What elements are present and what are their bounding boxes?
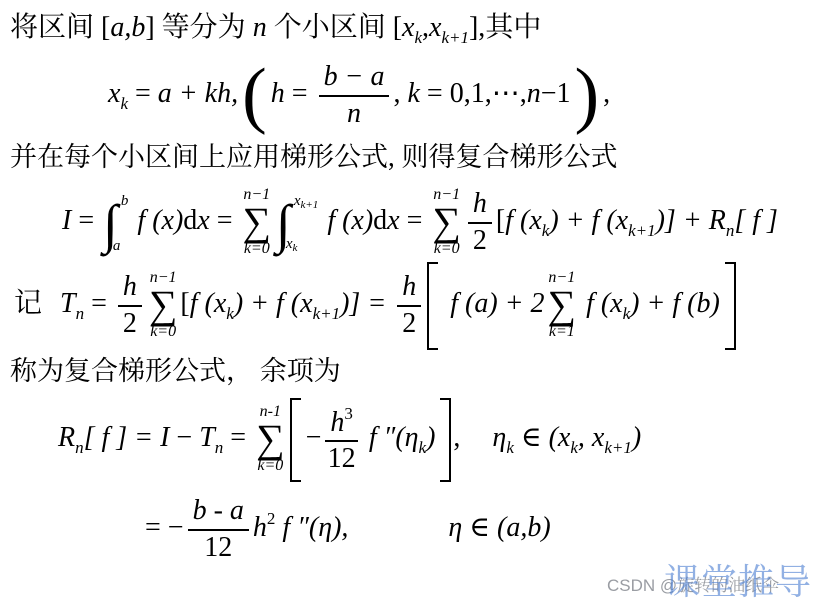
integral-limits: ba xyxy=(118,194,129,254)
math-token: − xyxy=(306,422,322,453)
math-token: = 0,1,⋯, xyxy=(420,78,527,109)
big-right-bracket xyxy=(725,262,736,350)
fraction: h312 xyxy=(325,404,358,475)
integral-upper: xk+1 xyxy=(294,194,318,211)
sum-sign: ∑ xyxy=(432,204,461,241)
subscript: k xyxy=(419,438,427,457)
subscript: k xyxy=(226,304,234,323)
math-token: −1 xyxy=(541,78,571,109)
math-var: x xyxy=(197,205,209,236)
sum-sign: ∑ xyxy=(149,287,178,324)
sum-sign: ∑ xyxy=(243,204,272,241)
math-token: = xyxy=(285,78,315,109)
fraction-numerator: h xyxy=(468,188,492,223)
math-token: = − xyxy=(145,512,184,543)
subscript: n xyxy=(215,438,224,457)
formula-remainder-sum: Rn[ f ] = I − Tn = n-1∑k=0−h312 f ″(ηk),… xyxy=(58,392,641,494)
math-token: [ xyxy=(393,12,402,43)
math-token: xk xyxy=(108,78,128,109)
fraction-denominator: 12 xyxy=(325,442,358,475)
math-var: x xyxy=(387,205,399,236)
integral-upper: b xyxy=(121,194,129,209)
fraction-numerator: b - a xyxy=(188,495,249,530)
math-var: T xyxy=(199,422,215,453)
integral: ∫xk+1xk xyxy=(276,182,318,264)
math-token: f ″(η xyxy=(362,422,419,453)
math-token: xk+1 xyxy=(429,12,469,43)
fraction-numerator: h xyxy=(118,271,142,306)
big-left-paren: ( xyxy=(242,62,267,129)
text-zh: 称为复合梯形公式， 余项为 xyxy=(10,356,341,386)
math-token: f (x xyxy=(505,205,542,236)
fraction-denominator: 2 xyxy=(468,224,492,257)
math-token: = xyxy=(400,205,430,236)
fraction: b − an xyxy=(319,61,390,129)
text-zh: 等分为 xyxy=(162,12,253,43)
math-var: n xyxy=(527,78,541,109)
big-right-paren: ) xyxy=(575,62,600,129)
subscript: k+1 xyxy=(313,304,341,323)
math-var: h xyxy=(271,78,285,109)
subscript: k+1 xyxy=(604,438,632,457)
summation: n−1∑k=0 xyxy=(432,187,461,257)
math-var: T xyxy=(60,288,76,319)
integral-lower: a xyxy=(113,239,129,254)
sum-lower: k=0 xyxy=(149,324,178,341)
math-token: f (x xyxy=(190,288,227,319)
sum-sign: ∑ xyxy=(256,421,285,458)
integral-lower: xk xyxy=(286,237,318,254)
subscript: k+1 xyxy=(628,221,656,240)
math-token: = xyxy=(128,78,158,109)
big-left-bracket xyxy=(427,262,438,350)
math-token: = xyxy=(71,205,101,236)
summation: n−1∑k=0 xyxy=(149,270,178,340)
math-token: f (x xyxy=(579,288,623,319)
subscript: k+1 xyxy=(301,199,319,211)
fraction-denominator: 12 xyxy=(188,531,249,564)
math-token: ] xyxy=(145,12,161,43)
sum-lower: k=0 xyxy=(256,458,285,475)
math-token: = xyxy=(210,205,240,236)
math-token: [ xyxy=(101,12,110,43)
sum-lower: k=0 xyxy=(432,241,461,258)
formula-node-definition: xk = a + kh,(h = b − an, k = 0,1,⋯,n−1), xyxy=(108,56,610,142)
formula-remainder-simplified: = −b - a12h2 f ″(η),η ∈ (a,b) xyxy=(145,482,551,565)
math-token: ) xyxy=(632,422,641,453)
text-zh: 将区间 xyxy=(10,12,101,43)
math-token: a + kh, xyxy=(158,78,238,109)
math-token: )] = xyxy=(340,288,393,319)
summation: n−1∑k=1 xyxy=(548,270,577,340)
document-page: 将区间 [a,b] 等分为 n 个小区间 [xk,xk+1],其中 xk = a… xyxy=(0,0,815,603)
math-token: − xyxy=(169,422,199,453)
math-var: I xyxy=(160,422,169,453)
fraction: h2 xyxy=(468,188,492,256)
subscript: k xyxy=(293,242,298,254)
text-apply-trapezoid: 并在每个小区间上应用梯形公式, 则得复合梯形公式 xyxy=(10,136,618,178)
subscript: k xyxy=(570,438,578,457)
subscript: k xyxy=(506,438,514,457)
math-var: R xyxy=(709,205,726,236)
math-token: , xyxy=(453,422,460,453)
fraction-numerator: h xyxy=(397,271,421,306)
summation: n−1∑k=0 xyxy=(243,187,272,257)
math-var: x xyxy=(294,193,301,209)
summation: n-1∑k=0 xyxy=(256,404,285,474)
subscript: n xyxy=(76,304,85,323)
math-token: f (b) xyxy=(672,288,719,319)
text-zh: 并在每个小区间上应用梯形公式, 则得复合梯形公式 xyxy=(10,142,618,172)
text-zh: 记 xyxy=(14,288,42,319)
text-zh: 个小区间 xyxy=(267,12,393,43)
watermark-overlay: 课堂推导 xyxy=(664,554,812,603)
math-token: f (a) + 2 xyxy=(443,288,544,319)
sum-lower: k=1 xyxy=(548,324,577,341)
math-token: d xyxy=(183,205,197,236)
math-token: ) xyxy=(426,422,435,453)
intro-text-line: 将区间 [a,b] 等分为 n 个小区间 [xk,xk+1],其中 xyxy=(10,8,541,58)
math-token: n xyxy=(253,12,267,43)
big-right-bracket xyxy=(440,398,451,482)
subscript: n xyxy=(75,438,84,457)
fraction: h2 xyxy=(397,271,421,339)
sum-lower: k=0 xyxy=(243,241,272,258)
fraction-numerator: b − a xyxy=(319,61,390,96)
fraction-denominator: n xyxy=(319,97,390,130)
math-token: f (x xyxy=(276,288,313,319)
math-token: [ xyxy=(180,288,189,319)
big-left-bracket xyxy=(290,398,301,482)
math-token: , xyxy=(393,78,407,109)
math-token: , xyxy=(603,78,610,109)
integral: ∫ba xyxy=(103,182,128,264)
math-token: a,b xyxy=(110,12,145,43)
superscript: 3 xyxy=(344,404,353,423)
math-token: ∈ (x xyxy=(514,422,570,453)
fraction-denominator: 2 xyxy=(397,307,421,340)
math-var: I xyxy=(62,205,71,236)
text-remainder-intro: 称为复合梯形公式， 余项为 xyxy=(10,350,341,392)
math-token: [ xyxy=(496,205,505,236)
math-token: f (x) xyxy=(320,205,373,236)
fraction-denominator: 2 xyxy=(118,307,142,340)
math-token: f ″(η), xyxy=(275,512,348,543)
integral-limits: xk+1xk xyxy=(291,194,318,254)
fraction-numerator: h3 xyxy=(325,404,358,442)
math-token: ) + xyxy=(234,288,276,319)
math-token: d xyxy=(373,205,387,236)
math-token: [ f ] = xyxy=(84,422,160,453)
math-token: ], xyxy=(469,12,485,43)
subscript: k xyxy=(120,94,128,113)
math-token: ) + xyxy=(549,205,591,236)
math-token: = xyxy=(84,288,114,319)
math-token: , xyxy=(422,12,429,43)
formula-Tn-definition: 记Tn = h2n−1∑k=0[f (xk) + f (xk+1)] = h2 … xyxy=(14,258,738,360)
math-token: ∈ (a,b) xyxy=(462,512,550,543)
math-token: ) + xyxy=(630,288,672,319)
fraction: h2 xyxy=(118,271,142,339)
math-var: η xyxy=(448,512,462,543)
math-var: x xyxy=(286,236,293,252)
math-var: h xyxy=(253,512,267,543)
math-token: xk xyxy=(402,12,422,43)
subscript: k xyxy=(623,304,631,323)
math-var: η xyxy=(492,422,506,453)
math-token: [ f ] xyxy=(734,205,778,236)
math-token: , x xyxy=(578,422,604,453)
math-token: = xyxy=(223,422,253,453)
sum-sign: ∑ xyxy=(548,287,577,324)
math-var: x xyxy=(402,12,414,43)
subscript: k+1 xyxy=(441,28,469,47)
math-var: x xyxy=(108,78,120,109)
math-var: R xyxy=(58,422,75,453)
math-token: f (x) xyxy=(130,205,183,236)
subscript: k xyxy=(414,28,422,47)
fraction: b - a12 xyxy=(188,495,249,563)
math-var: h xyxy=(330,407,344,438)
math-token: )] + xyxy=(656,205,709,236)
math-var: x xyxy=(429,12,441,43)
math-token: f (x xyxy=(592,205,629,236)
text-zh: 其中 xyxy=(485,12,541,43)
math-var: k xyxy=(407,78,419,109)
